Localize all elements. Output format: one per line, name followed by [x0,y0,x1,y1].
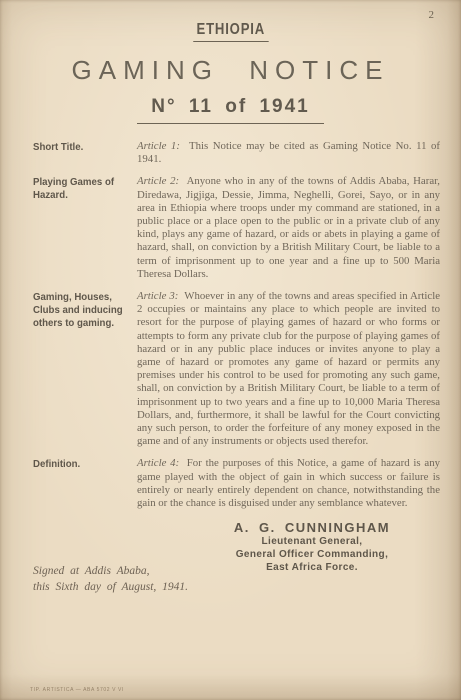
notice-number: N° 11 of 1941 [137,96,323,124]
signatory-name: A. G. CUNNINGHAM [196,520,428,535]
article-2-lead: Article 2: [137,175,187,187]
printer-imprint: TIP. ARTISTICA — ABA 5702 V VI [30,687,124,693]
signed-at-line2: this Sixth day of August, 1941. [33,580,440,596]
signatory-title: General Officer Commanding, [196,548,428,561]
notice-title: GAMING NOTICE [0,55,461,86]
page-number: 2 [429,9,435,21]
article-1-lead: Article 1: [137,140,189,152]
notice-body: Short Title. Article 1:This Notice may b… [33,140,440,510]
article-3-margin-label: Gaming, Houses, Clubs and inducing other… [33,290,129,448]
signatory-rank: Lieutenant General, [196,535,428,548]
article-4-lead: Article 4: [137,457,187,469]
signed-at-line1: Signed at Addis Ababa, [33,564,440,580]
article-3-row: Gaming, Houses, Clubs and inducing other… [33,290,440,448]
notice-number-wrap: N° 11 of 1941 [0,86,461,124]
article-1-text: Article 1:This Notice may be cited as Ga… [137,140,440,166]
article-2-text: Article 2:Anyone who in any of the towns… [137,175,440,281]
notice-header: ETHIOPIA GAMING NOTICE N° 11 of 1941 [0,0,461,124]
article-4-text: Article 4:For the purposes of this Notic… [137,457,440,510]
article-4-margin-label: Definition. [33,457,129,510]
article-3-text: Article 3:Whoever in any of the towns an… [137,290,440,448]
country-heading: ETHIOPIA [193,21,268,42]
article-2-row: Playing Games of Hazard. Article 2:Anyon… [33,175,440,281]
notice-footer: A. G. CUNNINGHAM Lieutenant General, Gen… [33,520,440,595]
article-3-lead: Article 3: [137,290,184,302]
article-4-row: Definition. Article 4:For the purposes o… [33,457,440,510]
country-heading-wrap: ETHIOPIA [0,21,461,42]
signed-at-block: Signed at Addis Ababa, this Sixth day of… [33,564,440,595]
scanned-notice-page: { "page": { "number": "2", "imprint": "T… [0,0,461,700]
article-1-margin-label: Short Title. [33,140,129,166]
article-3-body: Whoever in any of the towns and areas sp… [137,290,440,447]
article-1-row: Short Title. Article 1:This Notice may b… [33,140,440,166]
article-2-margin-label: Playing Games of Hazard. [33,175,129,281]
article-2-body: Anyone who in any of the towns of Addis … [137,175,440,279]
